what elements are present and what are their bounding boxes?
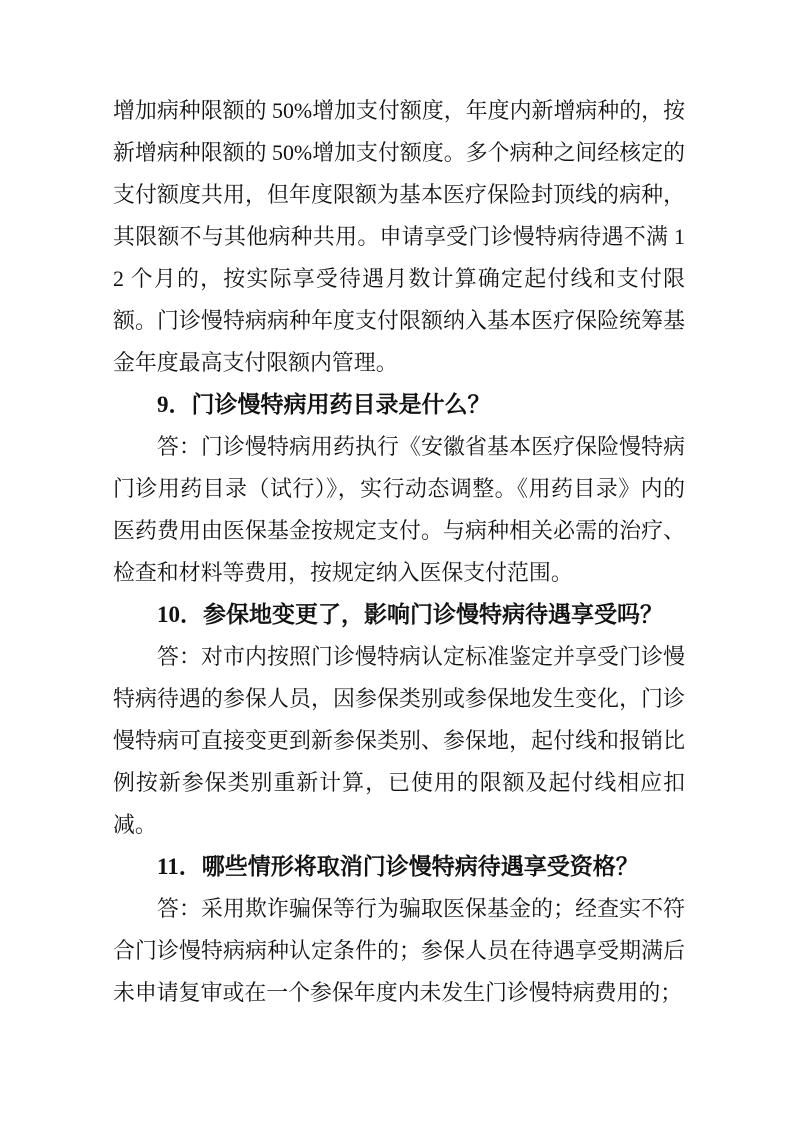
document-text-block: 增加病种限额的 50%增加支付额度，年度内新增病种的，按新增病种限额的 50%增… [113,90,685,1014]
heading-question-11: 11．哪些情形将取消门诊慢特病待遇享受资格？ [113,846,685,888]
heading-question-9: 9．门诊慢特病用药目录是什么？ [113,384,685,426]
document-page: 增加病种限额的 50%增加支付额度，年度内新增病种的，按新增病种限额的 50%增… [0,0,793,1122]
paragraph-payment-limit-continuation: 增加病种限额的 50%增加支付额度，年度内新增病种的，按新增病种限额的 50%增… [113,90,685,384]
paragraph-answer-10: 答：对市内按照门诊慢特病认定标准鉴定并享受门诊慢特病待遇的参保人员，因参保类别或… [113,636,685,846]
heading-question-10: 10．参保地变更了，影响门诊慢特病待遇享受吗？ [113,594,685,636]
paragraph-answer-9: 答：门诊慢特病用药执行《安徽省基本医疗保险慢特病门诊用药目录（试行）》，实行动态… [113,426,685,594]
paragraph-answer-11: 答：采用欺诈骗保等行为骗取医保基金的；经查实不符合门诊慢特病病种认定条件的；参保… [113,888,685,1014]
